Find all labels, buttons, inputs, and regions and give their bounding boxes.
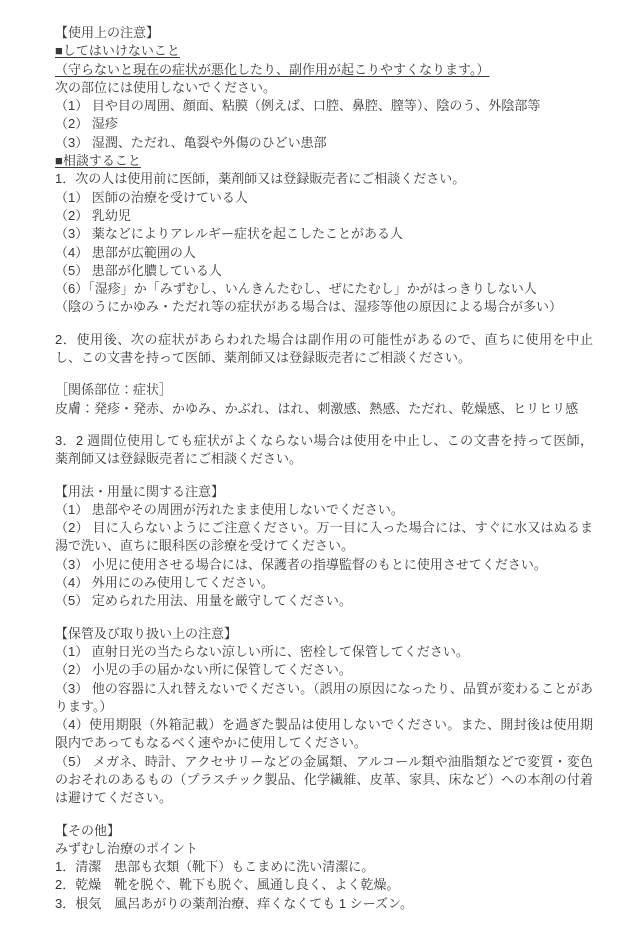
list-item: 3．2 週間位使用しても症状がよくならない場合は使用を中止し、この文書を持って医… <box>55 432 593 469</box>
list-item: （4） 患部が広範囲の人 <box>55 244 593 262</box>
text-line: みずむし治療のポイント <box>55 840 593 858</box>
subsection-heading: ■してはいけないこと <box>55 42 593 60</box>
list-item: （5） 定められた用法、用量を厳守してください。 <box>55 592 593 610</box>
list-item: （1） 医師の治療を受けている人 <box>55 189 593 207</box>
list-item: （3） 小児に使用させる場合には、保護者の指導監督のもとに使用させてください。 <box>55 556 593 574</box>
document-body: 【使用上の注意】■してはいけないこと（守らないと現在の症状が悪化したり、副作用が… <box>55 24 593 913</box>
subsection-heading: ■相談すること <box>55 152 593 170</box>
caution-note: （陰のうにかゆみ・ただれ等の症状がある場合は、湿疹等他の原因による場合が多い） <box>55 298 593 316</box>
list-item: （2） 湿疹 <box>55 115 593 133</box>
section-title: 【用法・用量に関する注意】 <box>55 483 593 501</box>
list-item: 2．使用後、次の症状があらわれた場合は副作用の可能性があるので、直ちに使用を中止… <box>55 331 593 368</box>
list-item: （2） 乳幼児 <box>55 207 593 225</box>
list-item: （5） メガネ、時計、アクセサリーなどの金属類、アルコール類や油脂類などで変質・… <box>55 753 593 808</box>
list-item: （3） 他の容器に入れ替えないでください。（誤用の原因になったり、品質が変わるこ… <box>55 680 593 717</box>
list-item: （2） 目に入らないようにご注意ください。万一目に入った場合には、すぐに水又はぬ… <box>55 519 593 556</box>
caution-note: （守らないと現在の症状が悪化したり、副作用が起こりやすくなります。） <box>55 61 593 79</box>
list-item: （4）使用期限（外箱記載）を過ぎた製品は使用しないでください。また、開封後は使用… <box>55 716 593 753</box>
list-item: 1．次の人は使用前に医師，薬剤師又は登録販売者にご相談ください。 <box>55 170 593 188</box>
list-item: 3．根気 風呂あがりの薬剤治療、痒くなくても 1 シーズン。 <box>55 895 593 913</box>
section-title: 【その他】 <box>55 822 593 840</box>
text-line: ［関係部位：症状］ <box>55 381 593 399</box>
list-item: （5） 患部が化膿している人 <box>55 262 593 280</box>
list-item: （3） 湿潤、ただれ、亀裂や外傷のひどい患部 <box>55 134 593 152</box>
list-item: （2） 小児の手の届かない所に保管してください。 <box>55 661 593 679</box>
list-item: （1） 患部やその周囲が汚れたまま使用しないでください。 <box>55 501 593 519</box>
list-item: （6）「湿疹」か「みずむし、いんきんたむし、ぜにたむし」かがはっきりしない人 <box>55 280 593 298</box>
section-title: 【保管及び取り扱い上の注意】 <box>55 625 593 643</box>
list-item: （1） 直射日光の当たらない涼しい所に、密栓して保管してください。 <box>55 643 593 661</box>
text-line: 次の部位には使用しないでください。 <box>55 79 593 97</box>
document-page: 【使用上の注意】■してはいけないこと（守らないと現在の症状が悪化したり、副作用が… <box>0 0 640 943</box>
list-item: 1．清潔 患部も衣類（靴下）もこまめに洗い清潔に。 <box>55 858 593 876</box>
list-item: （4） 外用にのみ使用してください。 <box>55 574 593 592</box>
section-title: 【使用上の注意】 <box>55 24 593 42</box>
text-line: 皮膚：発疹・発赤、かゆみ、かぶれ、はれ、刺激感、熱感、ただれ、乾燥感、ヒリヒリ感 <box>55 400 593 418</box>
list-item: 2．乾燥 靴を脱ぐ、靴下も脱ぐ、風通し良く、よく乾燥。 <box>55 876 593 894</box>
list-item: （3） 薬などによりアレルギー症状を起こしたことがある人 <box>55 225 593 243</box>
list-item: （1） 目や目の周囲、顔面、粘膜（例えば、口腔、鼻腔、膣等）、陰のう、外陰部等 <box>55 97 593 115</box>
